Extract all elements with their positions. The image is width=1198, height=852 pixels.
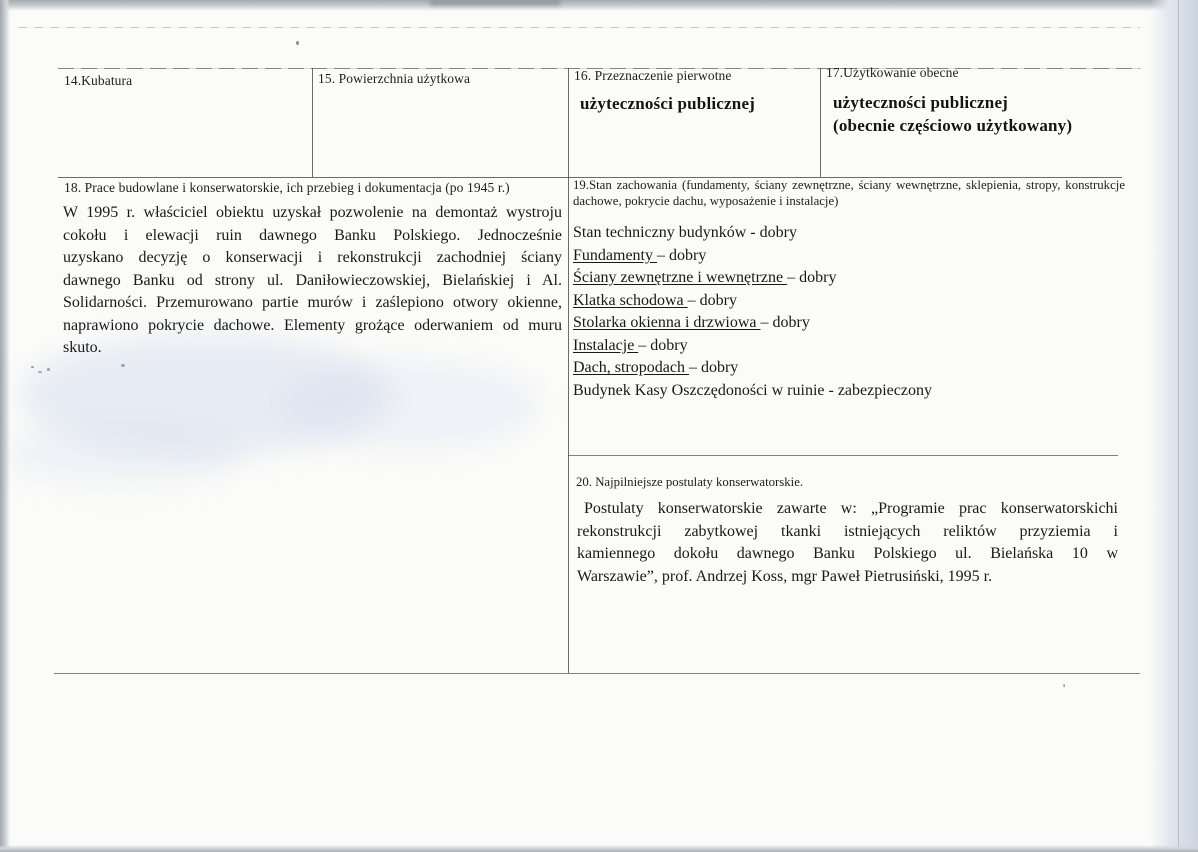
condition-item-term: Ściany zewnętrzne i wewnętrzne (573, 269, 787, 286)
field-15-label: 15. Powierzchnia użytkowa (318, 71, 470, 87)
paragraph-line: naprawiono pokrycie dachowe. Elementy gr… (63, 315, 562, 338)
paragraph-line: Solidarności. Przemurowano partie murów … (63, 292, 562, 315)
scan-stray-mark: ' (1063, 681, 1065, 696)
scan-edge-right-line (1178, 0, 1179, 852)
condition-item-term: Klatka schodowa (573, 292, 688, 309)
field-20-label: 20. Najpilniejsze postulaty konserwators… (576, 475, 803, 491)
condition-item-state: – dobry (638, 337, 687, 354)
field-16-value: użyteczności publicznej (580, 94, 755, 114)
field-17-value-line2: (obecnie częściowo użytkowany) (833, 114, 1072, 137)
condition-item-state: – dobry (688, 292, 737, 309)
condition-item-term: Fundamenty (573, 247, 657, 264)
condition-list-item: Dach, stropodach – dobry (573, 357, 1118, 380)
paragraph-line: dawnego Banku od strony ul. Daniłowieczo… (63, 270, 562, 293)
paragraph-line: skuto. (63, 337, 562, 360)
paragraph-line: uzyskano decyzję o konserwacji i rekonst… (63, 247, 562, 270)
field-14-label: 14.Kubatura (64, 73, 132, 89)
condition-item-term: Stolarka okienna i drzwiowa (573, 314, 761, 331)
condition-list-item: Instalacje – dobry (573, 335, 1118, 358)
condition-item-state: – dobry (787, 269, 836, 286)
scan-speck (38, 371, 42, 373)
column-divider-center (568, 68, 569, 673)
paragraph-line: kamiennego dokołu dawnego Banku Polskieg… (577, 543, 1118, 566)
condition-list-item: Ściany zewnętrzne i wewnętrzne – dobry (573, 267, 1118, 290)
condition-item-term: Dach, stropodach (573, 359, 689, 376)
table-border-bottom (54, 673, 1140, 674)
condition-list-item: Stolarka okienna i drzwiowa – dobry (573, 312, 1118, 335)
condition-item-state: – dobry (689, 359, 738, 376)
paragraph-line: rekonstrukcji zabytkowej tkanki istnieją… (577, 521, 1118, 544)
scan-edge-bottom (0, 845, 1198, 852)
paragraph-line: W 1995 r. właściciel obiektu uzyskał poz… (63, 202, 562, 225)
condition-item-state: Budynek Kasy Oszczędoności w ruinie - za… (573, 382, 932, 399)
scan-edge-smudge (430, 0, 560, 6)
scan-edge-right (1150, 0, 1198, 852)
scanned-document-page: ' 14.Kubatura 15. Powierzchnia użytkowa … (0, 0, 1198, 852)
scan-speck (47, 368, 50, 371)
condition-item-state: Stan techniczny budynków - dobry (573, 224, 797, 241)
condition-item-state: – dobry (761, 314, 810, 331)
scan-speck (31, 366, 34, 368)
field-18-label: 18. Prace budowlane i konserwatorskie, i… (64, 180, 510, 196)
field-17-label: 17.Użytkowanie obecne (826, 65, 959, 81)
condition-list-item: Klatka schodowa – dobry (573, 290, 1118, 313)
field-16-label: 16. Przeznaczenie pierwotne (574, 68, 732, 84)
scan-speck (296, 41, 299, 45)
divider-field19-field20 (568, 455, 1118, 456)
condition-list-item: Fundamenty – dobry (573, 245, 1118, 268)
scan-blue-wash (280, 360, 540, 450)
scan-edge-top (0, 0, 1198, 11)
scan-ghost-rule (18, 27, 1140, 28)
field-17-value-line1: użyteczności publicznej (833, 91, 1072, 114)
scan-edge-left (0, 0, 10, 852)
condition-list-item: Budynek Kasy Oszczędoności w ruinie - za… (573, 380, 1118, 403)
field-20-paragraph: Postulaty konserwatorskie zawarte w: „Pr… (577, 498, 1118, 588)
column-divider-16-17 (820, 68, 821, 177)
field-19-list: Stan techniczny budynków - dobryFundamen… (573, 222, 1118, 402)
field-18-paragraph: W 1995 r. właściciel obiektu uzyskał poz… (63, 202, 562, 360)
paragraph-line: Warszawie”, prof. Andrzej Koss, mgr Pawe… (577, 566, 1118, 589)
field-17-value: użyteczności publicznej (obecnie częścio… (833, 91, 1072, 137)
condition-item-state: – dobry (657, 247, 706, 264)
scan-blue-wash (0, 425, 240, 485)
field-19-label: 19.Stan zachowania (fundamenty, ściany z… (573, 178, 1125, 209)
condition-item-term: Instalacje (573, 337, 638, 354)
column-divider-14-15 (312, 68, 313, 177)
condition-list-item: Stan techniczny budynków - dobry (573, 222, 1118, 245)
paragraph-line: Postulaty konserwatorskie zawarte w: „Pr… (577, 498, 1118, 521)
paragraph-line: cokołu i elewacji ruin dawnego Banku Pol… (63, 225, 562, 248)
scan-speck (121, 364, 125, 367)
